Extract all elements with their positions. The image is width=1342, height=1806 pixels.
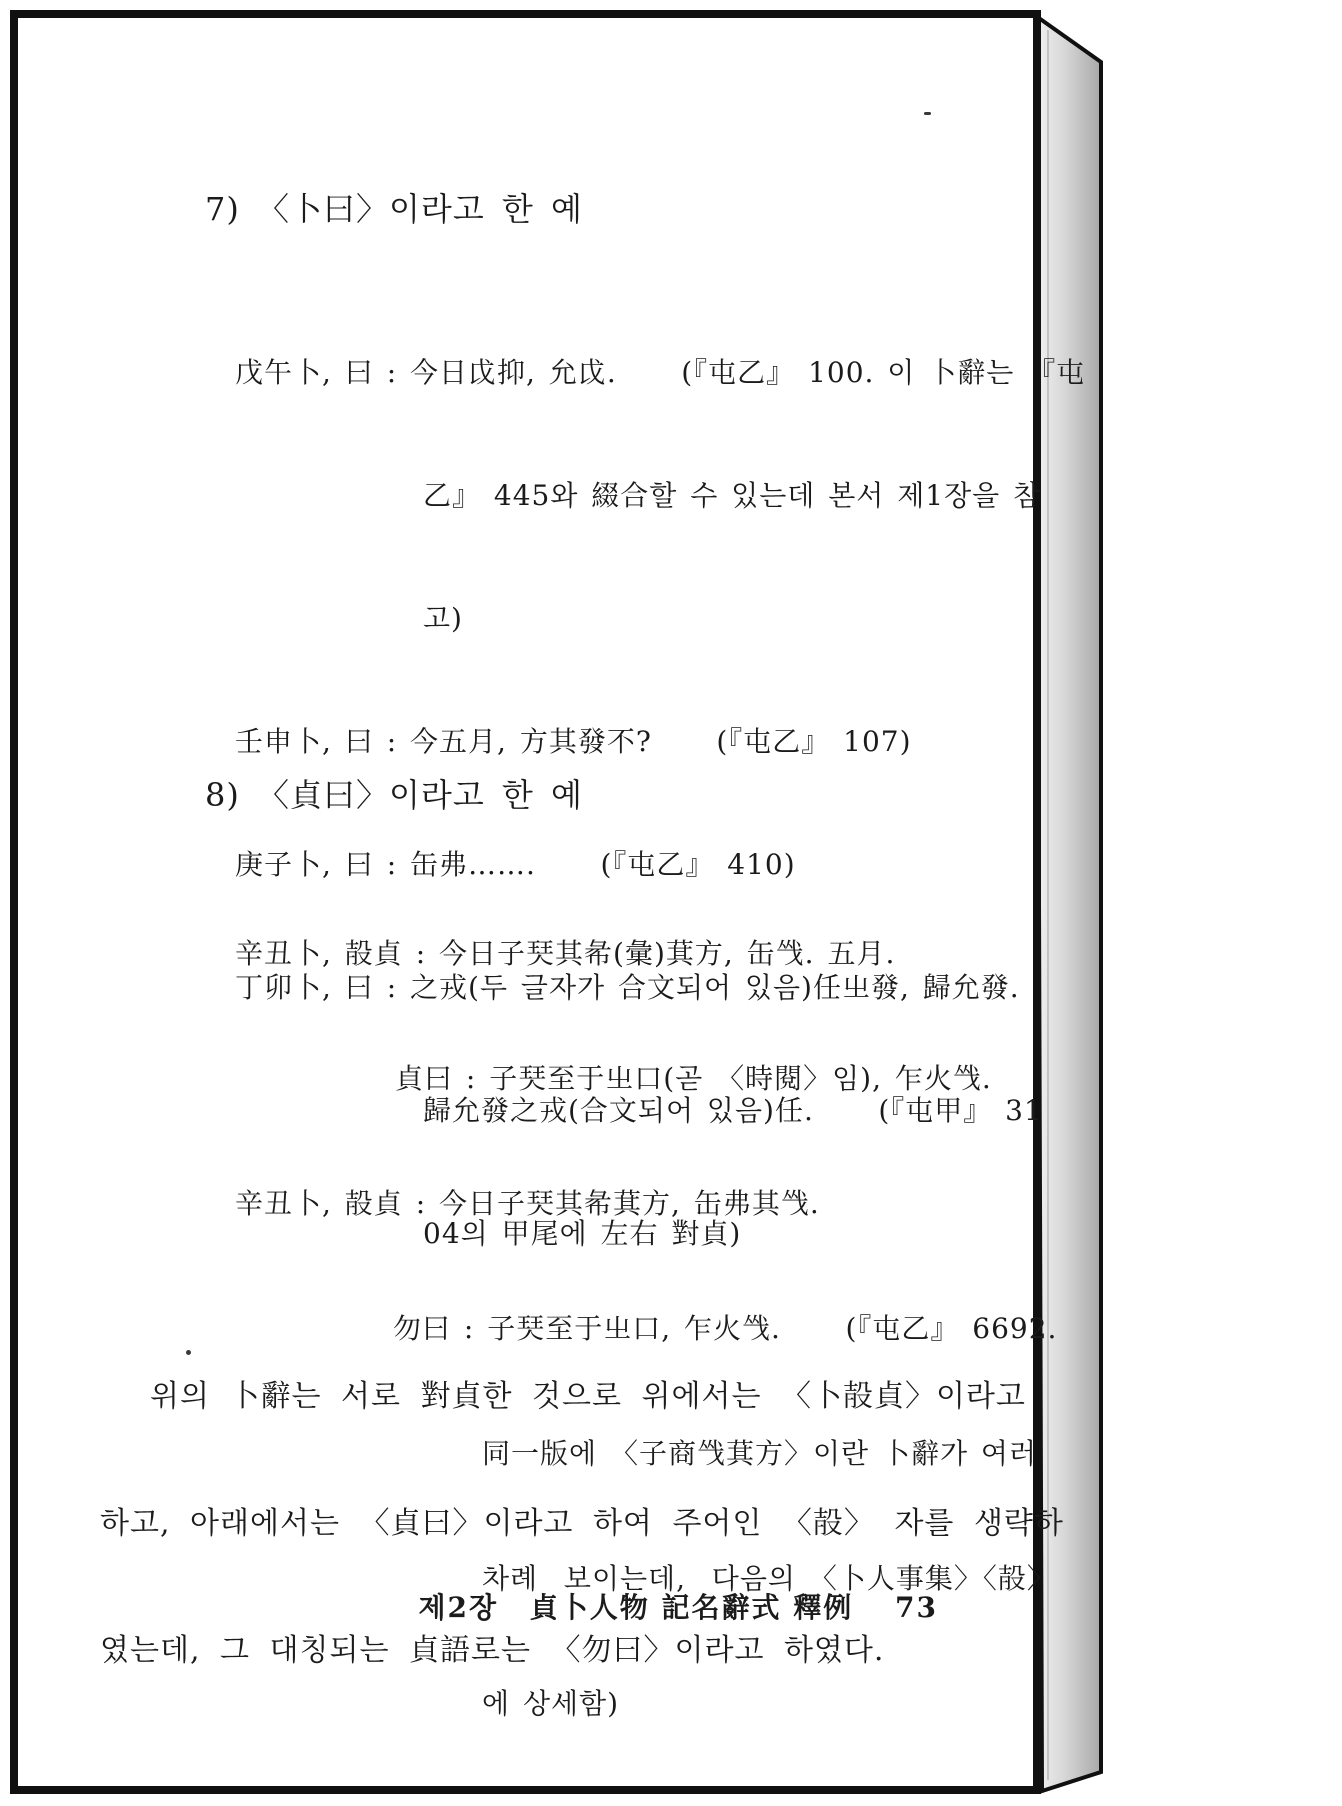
scan-speck [924, 112, 931, 115]
oracle-line: 辛丑卜, 㱿貞 : 今日子珡其㣇萁方, 缶弗其㦰. [235, 1174, 1057, 1233]
footer-chapter: 제2장 [418, 1591, 498, 1624]
book-page-scan: 7) 〈卜曰〉이라고 한 예 戊午卜, 曰 : 今日戉抑, 允戉. (『屯乙』 … [0, 0, 1342, 1806]
oracle-line: 乙』 445와 綴合할 수 있는데 본서 제1장을 참 [423, 467, 1085, 524]
oracle-line: 戊午卜, 曰 : 今日戉抑, 允戉. (『屯乙』 100. 이 卜辭는 『屯 [235, 344, 1085, 401]
oracle-line: 貞曰 : 子珡至于㞢口(곧 〈時閱〉임), 乍火㦰. [395, 1049, 1057, 1108]
body-paragraph-line: 하고, 아래에서는 〈貞曰〉이라고 하여 주어인 〈㱿〉 자를 생략하 [100, 1495, 968, 1552]
oracle-line: 고) [423, 590, 1085, 647]
oracle-line: 辛丑卜, 㱿貞 : 今日子珡其㣇(彙)萁方, 缶㦰. 五月. [235, 924, 1057, 983]
section-7-heading: 7) 〈卜曰〉이라고 한 예 [205, 184, 583, 230]
scan-speck [186, 1350, 191, 1355]
footer-title: 貞卜人物 記名辭式 釋例 [530, 1591, 854, 1624]
page-footer: 제2장 貞卜人物 記名辭式 釋例 73 [100, 1586, 938, 1626]
oracle-line: 壬申卜, 曰 : 今五月, 方其發不? (『屯乙』 107) [235, 713, 1085, 770]
section-8-heading: 8) 〈貞曰〉이라고 한 예 [205, 770, 583, 816]
body-paragraph-line: 위의 卜辭는 서로 對貞한 것으로 위에서는 〈卜㱿貞〉이라고 [100, 1368, 968, 1425]
footer-page-number: 73 [895, 1591, 938, 1624]
body-paragraph: 위의 卜辭는 서로 對貞한 것으로 위에서는 〈卜㱿貞〉이라고 하고, 아래에서… [100, 1298, 968, 1749]
body-paragraph-line: 였는데, 그 대칭되는 貞語로는 〈勿曰〉이라고 하였다. [100, 1622, 968, 1679]
